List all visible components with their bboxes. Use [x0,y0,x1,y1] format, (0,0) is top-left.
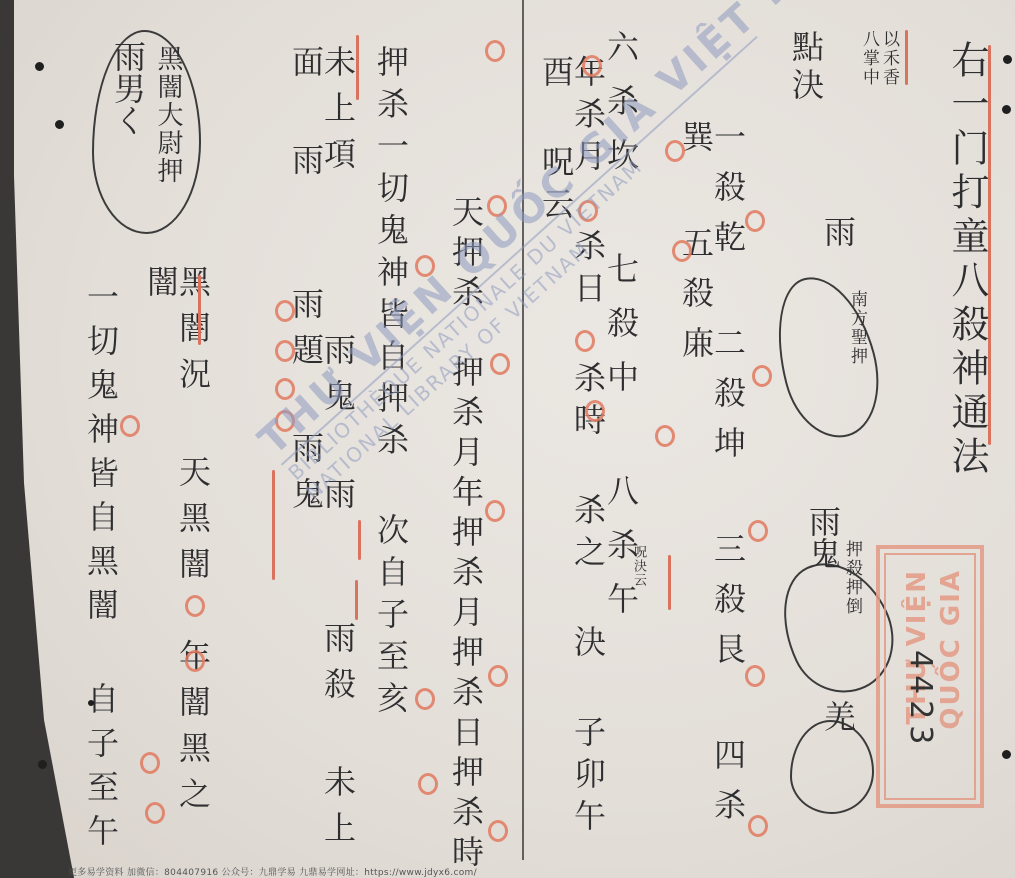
red-punctuation-mark [655,425,675,447]
red-mark [358,520,361,560]
heading-column: 點決 [790,30,822,106]
talisman-outer-text: 雨男く [105,40,151,136]
red-mark [905,30,908,85]
red-punctuation-mark [490,353,510,375]
ink-spot [35,62,44,71]
handwritten-catalog-number: 4423 [905,650,935,750]
ink-spot [1003,55,1012,64]
red-punctuation-mark [582,55,602,77]
note-column-1: 以禾香 [880,30,897,87]
red-mark [355,580,358,620]
red-punctuation-mark [120,415,140,437]
seal-text-line2: QUỐC GIA [936,569,966,730]
footer-source-note: 更多易学资料 加微信：804407916 公众号：九鼎学易 九鼎易学网址：htt… [68,865,477,878]
red-punctuation-mark [748,815,768,837]
red-punctuation-mark [275,300,295,322]
talisman-outer-text: 雨𩇦 [815,215,861,279]
red-punctuation-mark [488,665,508,687]
red-punctuation-mark [145,802,165,824]
talisman-inner-text: 黑闇大尉押 [150,45,187,185]
red-punctuation-mark [752,365,772,387]
talisman-inner-text: 南方聖押 [845,290,870,366]
text-column-8: 𩂟 雨𩴵 子寅辰巳午 又再未 [220,135,252,797]
red-punctuation-mark [672,240,692,262]
red-punctuation-mark [415,688,435,710]
text-column-1: 一殺乾 二殺坤 三殺艮 四杀巽 五殺𢈘 [680,120,744,878]
talisman-outer-text: 羌𩲡 [815,700,861,764]
talisman-inner-text: 押殺押倒 [840,540,865,616]
ink-spot [88,700,94,706]
red-punctuation-mark [185,650,205,672]
red-punctuation-mark [745,210,765,232]
text-column-10: 一切鬼神皆自黑闇 自子至午 [85,280,117,858]
ink-spot [38,760,47,769]
red-punctuation-mark [575,330,595,352]
red-punctuation-mark [275,340,295,362]
red-punctuation-mark [748,520,768,542]
red-margin-line [988,45,991,445]
red-punctuation-mark [488,820,508,842]
red-punctuation-mark [485,500,505,522]
text-column-9: 黑闇況 天黑闇𡗶年闇黑之 闇 [145,265,209,878]
ink-spot [55,120,64,129]
red-punctuation-mark [418,773,438,795]
red-mark [272,470,275,580]
red-punctuation-mark [140,752,160,774]
red-punctuation-mark [485,40,505,62]
title-column: 右一门打童八殺神通法 [948,40,986,480]
red-mark [668,555,671,610]
red-punctuation-mark [745,665,765,687]
page-spine-divider [522,0,524,860]
red-mark [198,275,201,345]
red-punctuation-mark [585,400,605,422]
red-mark [356,35,359,100]
text-column-4: 呪決云 [632,545,645,587]
red-punctuation-mark [185,595,205,617]
ink-spot [1002,750,1011,759]
note-column-2: 八掌中 [860,30,877,87]
ink-spot [1002,105,1011,114]
